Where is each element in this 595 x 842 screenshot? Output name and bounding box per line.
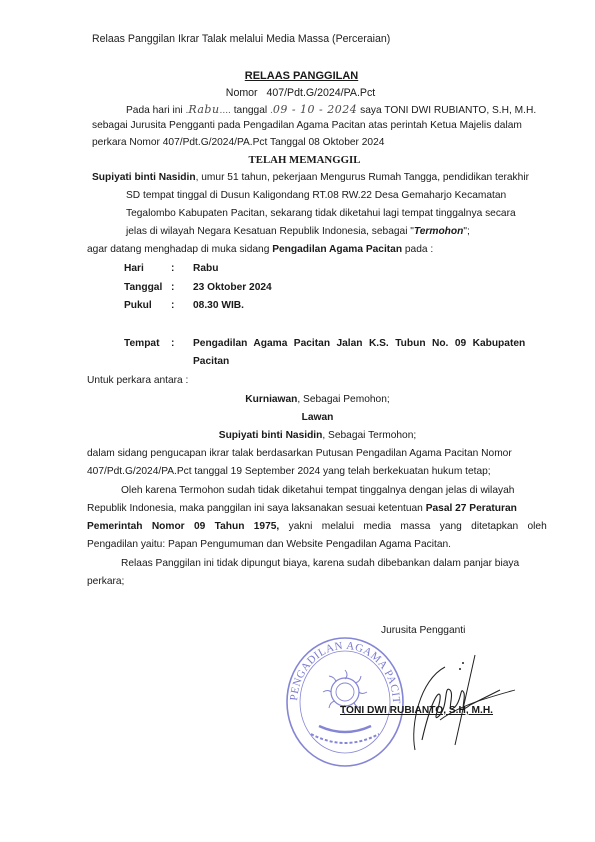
media-line-3: Pemerintah Nomor 09 Tahun 1975, yakni me… [87,521,547,532]
document-number: Nomor 407/Pdt.G/2024/PA.Pct [0,87,595,99]
ruling-line-2: 407/Pdt.G/2024/PA.Pct tanggal 19 Septemb… [87,466,491,477]
versus-label: Lawan [0,412,595,423]
media-line-3-rest: yakni melalui media massa yang ditetapka… [279,521,547,532]
respondent-line-4: jelas di wilayah Negara Kesatuan Republi… [126,226,470,237]
ruling-line-1: dalam sidang pengucapan ikrar talak berd… [87,448,512,459]
media-line-1: Oleh karena Termohon sudah tidak diketah… [121,485,514,496]
schedule-value: Rabu [193,263,218,274]
respondent-line-4-suffix: "; [463,226,469,237]
opening-suffix: saya TONI DWI RUBIANTO, S.H, M.H. [360,105,536,116]
respondent-party-line: Supiyati binti Nasidin, Sebagai Termohon… [0,430,595,441]
media-line-2: Republik Indonesia, maka panggilan ini s… [87,503,517,514]
schedule-colon: : [171,282,174,293]
opening-line: Pada hari ini .Rabu.... tanggal .09 - 10… [126,103,536,116]
respondent-party-role: , Sebagai Termohon; [322,430,416,441]
signature-scribble-icon [400,645,520,755]
signatory-name: TONI DWI RUBIANTO, S.H, M.H. [340,705,493,716]
petitioner-line: Kurniawan, Sebagai Pemohon; [0,394,595,405]
summons-prefix: agar datang menghadap di muka sidang [87,244,272,255]
page-title: RELAAS PANGGILAN [0,70,595,82]
schedule-colon: : [171,300,174,311]
media-line-4: Pengadilan yaitu: Papan Pengumuman dan W… [87,539,451,550]
summons-suffix: pada : [402,244,433,255]
respondent-name: Supiyati binti Nasidin [92,172,196,183]
regulation-ref-2: Pemerintah Nomor 09 Tahun 1975, [87,521,279,532]
case-intro: Untuk perkara antara : [87,375,188,386]
regulation-ref: Pasal 27 Peraturan [426,503,517,514]
opening-prefix: Pada hari ini [126,105,183,116]
court-stamp-icon: PENGADILAN AGAMA PACITAN [283,634,408,769]
schedule-value: Pengadilan Agama Pacitan Jalan K.S. Tubu… [193,338,525,349]
handwritten-day: Rabu [188,103,219,116]
summons-line: agar datang menghadap di muka sidang Pen… [87,244,433,255]
document-header: Relaas Panggilan Ikrar Talak melalui Med… [92,33,390,45]
respondent-line-2: SD tempat tinggal di Dusun Kaligondang R… [126,190,531,201]
respondent-details: , umur 51 tahun, pekerjaan Mengurus Ruma… [196,172,529,183]
court-name: Pengadilan Agama Pacitan [272,244,402,255]
respondent-party-name: Supiyati binti Nasidin [219,430,323,441]
handwritten-date: 09 - 10 - 2024 [273,103,357,116]
title-text: RELAAS PANGGILAN [237,70,358,82]
schedule-label: Pukul [124,300,152,311]
opening-line-3: perkara Nomor 407/Pdt.G/2024/PA.Pct Tang… [92,137,384,148]
schedule-value: 08.30 WIB. [193,300,244,311]
petitioner-name: Kurniawan [245,394,297,405]
nomor-label: Nomor [226,87,258,99]
fee-line-2: perkara; [87,576,124,587]
fee-line-1: Relaas Panggilan ini tidak dipungut biay… [121,558,519,569]
respondent-line-3: Tegalombo Kabupaten Pacitan, sekarang ti… [126,208,531,219]
respondent-line-4-prefix: jelas di wilayah Negara Kesatuan Republi… [126,226,414,237]
schedule-colon: : [171,263,174,274]
schedule-label: Tanggal [124,282,162,293]
schedule-colon: : [171,338,174,349]
schedule-value-line-2: Pacitan [193,356,229,367]
date-label: tanggal [234,105,267,116]
nomor-value: 407/Pdt.G/2024/PA.Pct [266,87,375,99]
opening-line-2: sebagai Jurusita Pengganti pada Pengadil… [92,120,522,131]
respondent-line-1: Supiyati binti Nasidin, umur 51 tahun, p… [92,172,529,183]
schedule-label: Tempat [124,338,159,349]
schedule-value: 23 Oktober 2024 [193,282,272,293]
section-heading: TELAH MEMANGGIL [0,154,595,166]
schedule-label: Hari [124,263,144,274]
respondent-role: Termohon [414,226,463,237]
petitioner-role: , Sebagai Pemohon; [297,394,389,405]
media-line-2-prefix: Republik Indonesia, maka panggilan ini s… [87,503,426,514]
